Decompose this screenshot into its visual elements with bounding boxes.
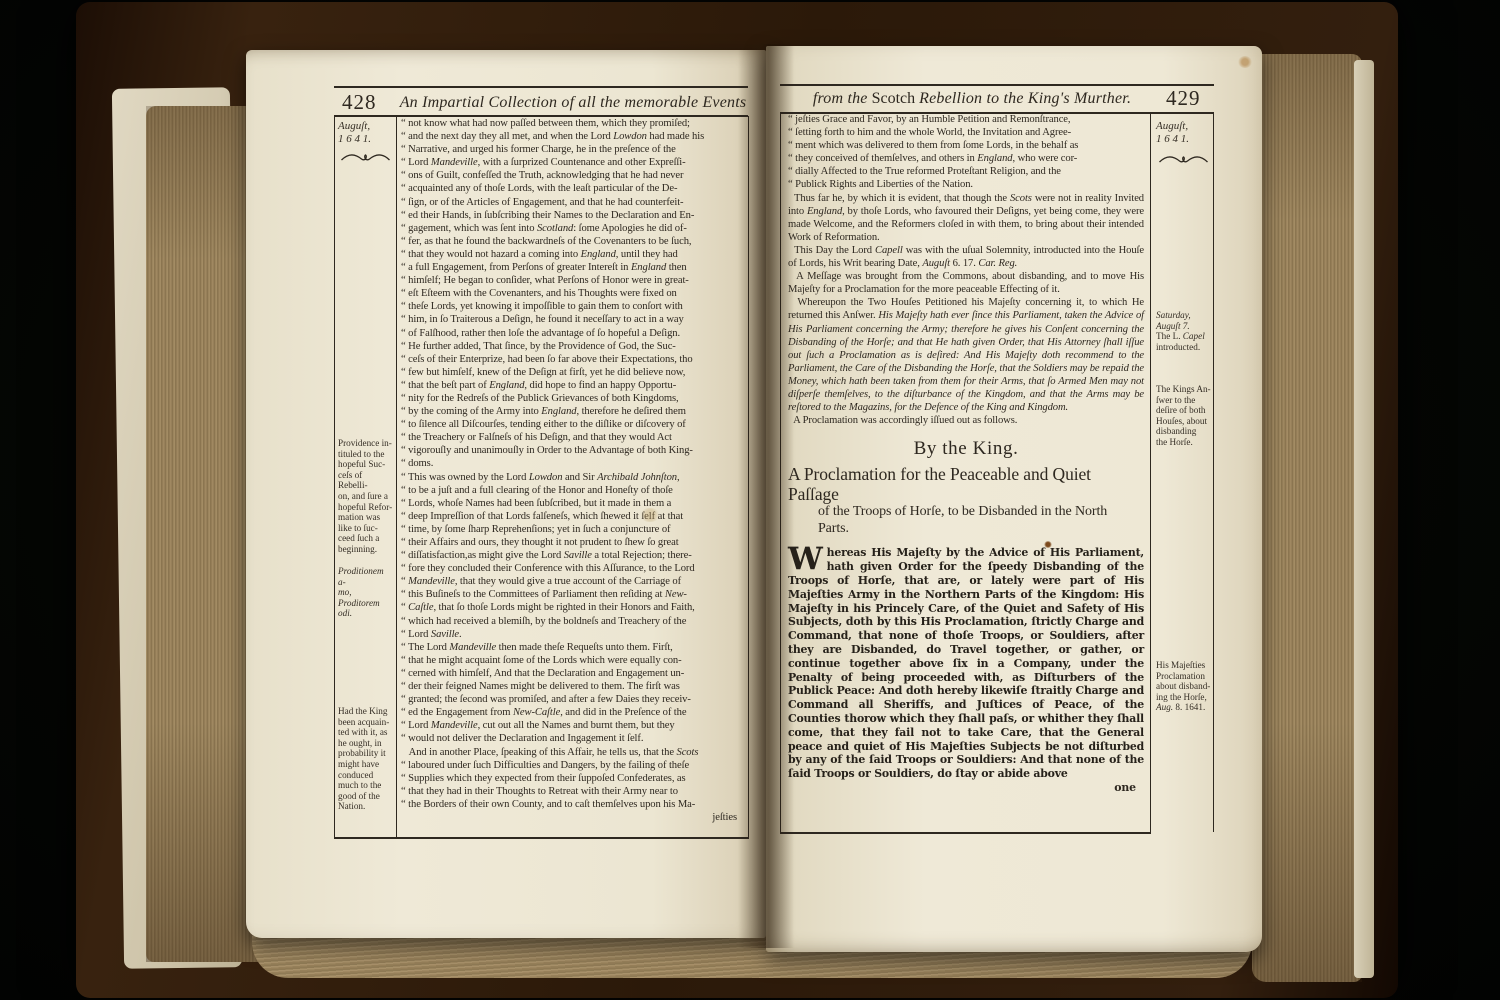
right-margin-column: Auguſt,1 6 4 1. Saturday,Auguſt 7.The L.… — [1156, 112, 1211, 832]
proclamation-title-line1: A Proclamation for the Peaceable and Qui… — [788, 464, 1144, 504]
flourish-ornament — [1156, 154, 1211, 166]
right-margin-note-saturday: Saturday,Auguſt 7.The L. Capelintroducte… — [1156, 310, 1211, 352]
flourish-ornament — [338, 152, 393, 164]
paragraph: And in another Place, ſpeaking of this A… — [401, 746, 745, 811]
paragraph: Thus far he, by which it is evident, tha… — [788, 192, 1144, 244]
right-catchword: one — [788, 781, 1144, 794]
left-margin-column: Auguſt,1 6 4 1. Providence in-tituled to… — [338, 116, 393, 838]
right-flyleaf-edge — [1354, 60, 1374, 978]
left-bottom-rule — [334, 837, 749, 839]
paragraph: Whereupon the Two Houſes Petitioned his … — [788, 296, 1144, 414]
right-fore-edge-shading — [1252, 54, 1362, 982]
left-header-rule-top — [334, 86, 748, 88]
left-margin-date: Auguſt,1 6 4 1. — [338, 120, 393, 146]
left-margin-note-proditionem: Proditionem a-mo, Proditoremodi. — [338, 566, 393, 619]
right-margin-divider-rule — [1150, 112, 1151, 832]
left-page: 428 An Impartial Collection of all the m… — [246, 50, 766, 938]
paragraph: “ This was owned by the Lord Lowdon and … — [401, 471, 745, 641]
right-page-number: 429 — [1166, 86, 1201, 111]
paragraph: “ not know what had now paſſed between t… — [401, 117, 745, 340]
right-margin-date: Auguſt,1 6 4 1. — [1156, 120, 1211, 146]
paragraph: “ The Lord Mandeville then made theſe Re… — [401, 641, 745, 746]
right-fore-edge-pages — [1252, 54, 1362, 982]
paragraph: “ He further added, That ſince, by the P… — [401, 340, 745, 471]
right-running-title: from the Scotch Rebellion to the King's … — [786, 90, 1158, 108]
proclamation-title-rest: of the Troops of Horſe, to be Disbanded … — [788, 504, 1144, 537]
left-frame-rule-inner — [748, 116, 749, 838]
paragraph: “ jeſties Grace and Favor, by an Humble … — [788, 113, 1144, 192]
left-text-column: “ not know what had now paſſed between t… — [401, 117, 745, 824]
right-frame-rule-outer — [1213, 112, 1214, 832]
left-margin-note-king: Had the Kingbeen acquain-ted with it, as… — [338, 706, 393, 812]
right-margin-note-proclamation: His MajeſtiesProclamationabout disband-i… — [1156, 660, 1211, 713]
right-bottom-rule — [780, 832, 1151, 834]
right-text-column: “ jeſties Grace and Favor, by an Humble … — [788, 113, 1144, 794]
left-catchword: jeſties — [401, 811, 745, 824]
by-the-king-heading: By the King. — [788, 442, 1144, 455]
right-page: from the Scotch Rebellion to the King's … — [766, 46, 1262, 952]
right-header-rule-top — [780, 84, 1214, 86]
left-frame-rule-outer — [334, 116, 335, 838]
left-margin-note-providence: Providence in-tituled to thehopeful Suc-… — [338, 438, 393, 555]
left-running-title: An Impartial Collection of all the memor… — [396, 94, 750, 112]
right-frame-rule-inner — [780, 112, 781, 832]
proclamation-body-text: hereas His Majeſty by the Advice of His … — [788, 546, 1144, 780]
paragraph: A Meſſage was brought from the Commons, … — [788, 270, 1144, 296]
left-page-number: 428 — [342, 90, 377, 115]
right-margin-note-kings-answer: The Kings An-ſwer to thedeſire of bothHo… — [1156, 384, 1211, 448]
proclamation-body: Whereas His Majeſty by the Advice of His… — [788, 546, 1144, 781]
drop-cap-w: W — [788, 546, 827, 572]
paragraph: A Proclamation was accordingly iſſued ou… — [788, 414, 1144, 427]
photo-of-open-book: { "palette":{"background":"#050704","pag… — [0, 0, 1500, 1000]
left-margin-divider-rule — [396, 116, 397, 838]
paragraph: This Day the Lord Capell was with the uſ… — [788, 244, 1144, 270]
